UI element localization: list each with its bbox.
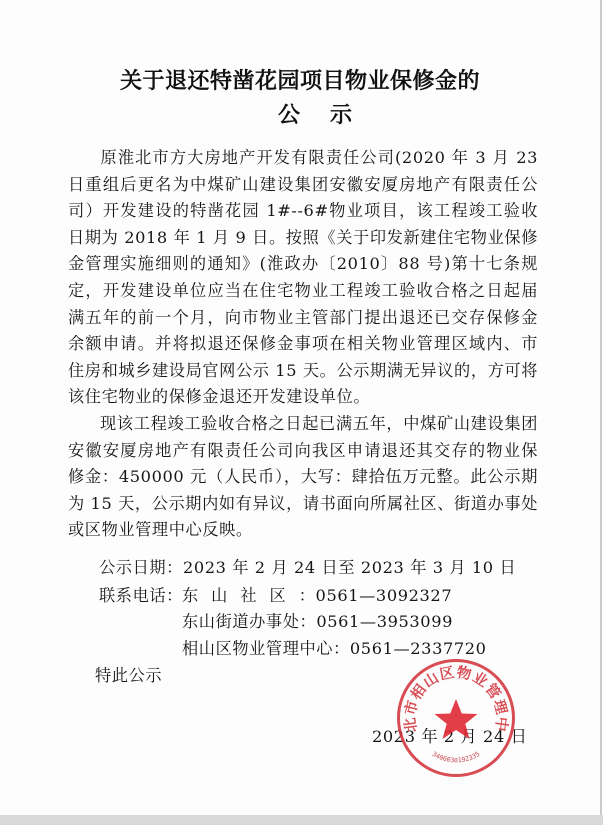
notice-period-label: 公示日期： <box>99 558 183 577</box>
paragraph-2-text: 现该工程竣工验收合格之日起已满五年，中煤矿山建设集团安徽安厦房地产有限责任公司向… <box>68 414 538 539</box>
notice-period: 公示日期：2023 年 2 月 24 日至 2023 年 3 月 10 日 <box>99 557 516 579</box>
contact-phone: 0561—3092327 <box>316 586 453 605</box>
document-page: 关于退还特凿花园项目物业保修金的 公示 原淮北市方大房地产开发有限责任公司(20… <box>0 0 602 815</box>
contact-phone: 0561—2337720 <box>350 639 487 658</box>
scan-bottom-edge <box>0 815 603 825</box>
contact-sep: ： <box>333 639 350 658</box>
body-paragraph-1: 原淮北市方大房地产开发有限责任公司(2020 年 3 月 23 日重组后更名为中… <box>68 145 538 411</box>
contact-sep: ： <box>300 612 317 631</box>
contact-name: 相山区物业管理中心 <box>182 639 333 658</box>
contact-name: 东山社区 <box>182 586 299 605</box>
seal-code: 3406030192335 <box>431 750 482 764</box>
contact-property-center: 相山区物业管理中心：0561—2337720 <box>182 638 487 660</box>
contact-phone: 0561—3953099 <box>316 612 453 631</box>
contact-dongshan-community: 东山社区：0561—3092327 <box>182 585 452 607</box>
contact-name: 东山街道办事处 <box>182 612 300 631</box>
official-seal: 淮北市相山区物业管理中心 3406030192335 <box>397 659 515 777</box>
contact-sep: ： <box>299 586 316 605</box>
seal-star-icon: 淮北市相山区物业管理中心 3406030192335 <box>397 659 515 777</box>
document-title-notice: 公示 <box>0 98 603 129</box>
paragraph-1-text: 原淮北市方大房地产开发有限责任公司(2020 年 3 月 23 日重组后更名为中… <box>68 148 538 406</box>
contact-dongshan-subdistrict: 东山街道办事处：0561—3953099 <box>182 611 453 633</box>
body-paragraph-2: 现该工程竣工验收合格之日起已满五年，中煤矿山建设集团安徽安厦房地产有限责任公司向… <box>68 411 538 544</box>
contact-label: 联系电话： <box>99 585 183 607</box>
notice-period-value: 2023 年 2 月 24 日至 2023 年 3 月 10 日 <box>183 558 516 577</box>
svg-text:3406030192335: 3406030192335 <box>431 750 482 764</box>
closing-text: 特此公示 <box>95 665 162 687</box>
document-title: 关于退还特凿花园项目物业保修金的 <box>0 64 600 95</box>
